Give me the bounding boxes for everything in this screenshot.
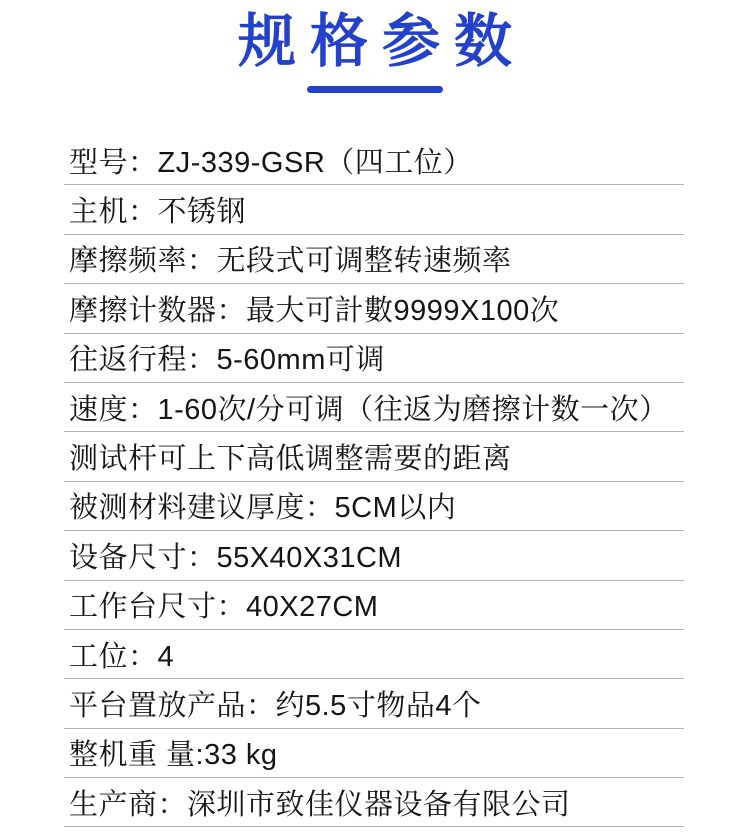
- spec-text: 主机：不锈钢: [69, 189, 246, 230]
- spec-text: 型号：ZJ-339-GSR（四工位）: [69, 140, 473, 181]
- spec-text: 工作台尺寸：40X27CM: [69, 584, 378, 625]
- spec-sheet-page: 规格参数 型号：ZJ-339-GSR（四工位） 主机：不锈钢 摩擦频率：无段式可…: [0, 0, 750, 840]
- spec-text: 速度：1-60次/分可调（往返为磨擦计数一次）: [69, 387, 669, 428]
- spec-row-speed: 速度：1-60次/分可调（往返为磨擦计数一次）: [64, 383, 684, 432]
- spec-list: 型号：ZJ-339-GSR（四工位） 主机：不锈钢 摩擦频率：无段式可调整转速频…: [64, 136, 684, 827]
- spec-text: 摩擦计数器：最大可計數9999X100次: [69, 288, 559, 329]
- spec-text: 设备尺寸：55X40X31CM: [69, 535, 402, 576]
- spec-row-weight: 整机重 量:33 kg: [64, 729, 684, 778]
- spec-text: 摩擦频率：无段式可调整转速频率: [69, 238, 512, 279]
- spec-row-stations: 工位：4: [64, 630, 684, 679]
- spec-text: 往返行程：5-60mm可调: [69, 337, 385, 378]
- header: 规格参数: [0, 0, 750, 93]
- page-title: 规格参数: [0, 8, 750, 74]
- spec-row-stroke: 往返行程：5-60mm可调: [64, 334, 684, 383]
- spec-row-mainframe: 主机：不锈钢: [64, 185, 684, 234]
- spec-text: 测试杆可上下高低调整需要的距离: [69, 436, 512, 477]
- spec-row-manufacturer: 生产商：深圳市致佳仪器设备有限公司: [64, 778, 684, 827]
- spec-row-friction-frequency: 摩擦频率：无段式可调整转速频率: [64, 235, 684, 284]
- spec-text: 工位：4: [69, 634, 174, 675]
- spec-row-platform-capacity: 平台置放产品：约5.5寸物品4个: [64, 679, 684, 728]
- spec-row-worktable-size: 工作台尺寸：40X27CM: [64, 581, 684, 630]
- spec-row-friction-counter: 摩擦计数器：最大可計數9999X100次: [64, 284, 684, 333]
- spec-row-material-thickness: 被测材料建议厚度：5CM以内: [64, 482, 684, 531]
- title-underline-bar: [307, 86, 443, 93]
- spec-row-model: 型号：ZJ-339-GSR（四工位）: [64, 136, 684, 185]
- spec-row-device-size: 设备尺寸：55X40X31CM: [64, 531, 684, 580]
- spec-text: 生产商：深圳市致佳仪器设备有限公司: [69, 782, 571, 823]
- spec-text: 平台置放产品：约5.5寸物品4个: [69, 683, 481, 724]
- spec-text: 整机重 量:33 kg: [69, 732, 278, 773]
- spec-row-test-rod: 测试杆可上下高低调整需要的距离: [64, 432, 684, 481]
- spec-text: 被测材料建议厚度：5CM以内: [69, 485, 456, 526]
